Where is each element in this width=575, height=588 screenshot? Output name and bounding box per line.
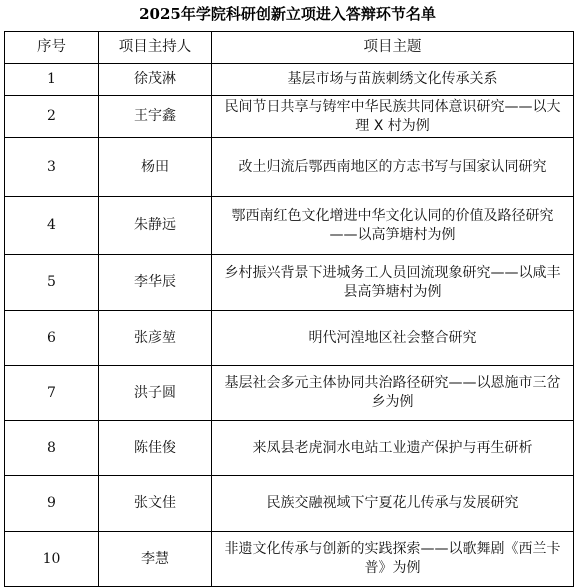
table-header-row: 序号 项目主持人 项目主题 [5, 32, 574, 64]
topic-cell: 非遗文化传承与创新的实践探索——以歌舞剧《西兰卡普》为例 [212, 532, 574, 587]
topic-cell: 基层市场与苗族刺绣文化传承关系 [212, 64, 574, 96]
table-row: 1 徐茂淋 基层市场与苗族刺绣文化传承关系 [5, 64, 574, 96]
header-serial-number: 序号 [5, 32, 99, 64]
table-row: 5 李华辰 乡村振兴背景下进城务工人员回流现象研究——以咸丰县高笋塘村为例 [5, 255, 574, 311]
serial-number-cell: 2 [5, 96, 99, 138]
serial-number-cell: 10 [5, 532, 99, 587]
leader-cell: 陈佳俊 [99, 421, 212, 476]
serial-number-cell: 1 [5, 64, 99, 96]
serial-number-cell: 3 [5, 138, 99, 197]
serial-number-cell: 7 [5, 366, 99, 421]
leader-cell: 徐茂淋 [99, 64, 212, 96]
document-title: 2025年学院科研创新立项进入答辩环节名单 [0, 4, 575, 24]
leader-cell: 洪子圆 [99, 366, 212, 421]
leader-cell: 张彦堃 [99, 311, 212, 366]
header-project-leader: 项目主持人 [99, 32, 212, 64]
topic-cell: 鄂西南红色文化增进中华文化认同的价值及路径研究——以高笋塘村为例 [212, 197, 574, 255]
topic-cell: 民族交融视域下宁夏花儿传承与发展研究 [212, 476, 574, 532]
table-row: 4 朱静远 鄂西南红色文化增进中华文化认同的价值及路径研究——以高笋塘村为例 [5, 197, 574, 255]
table-row: 10 李慧 非遗文化传承与创新的实践探索——以歌舞剧《西兰卡普》为例 [5, 532, 574, 587]
table-body: 1 徐茂淋 基层市场与苗族刺绣文化传承关系 2 王宇鑫 民间节日共享与铸牢中华民… [5, 64, 574, 587]
table-row: 3 杨田 改土归流后鄂西南地区的方志书写与国家认同研究 [5, 138, 574, 197]
topic-cell: 民间节日共享与铸牢中华民族共同体意识研究——以大理 X 村为例 [212, 96, 574, 138]
header-project-topic: 项目主题 [212, 32, 574, 64]
table-row: 2 王宇鑫 民间节日共享与铸牢中华民族共同体意识研究——以大理 X 村为例 [5, 96, 574, 138]
topic-cell: 改土归流后鄂西南地区的方志书写与国家认同研究 [212, 138, 574, 197]
topic-cell: 来凤县老虎洞水电站工业遗产保护与再生研析 [212, 421, 574, 476]
serial-number-cell: 9 [5, 476, 99, 532]
topic-cell: 明代河湟地区社会整合研究 [212, 311, 574, 366]
table-row: 7 洪子圆 基层社会多元主体协同共治路径研究——以恩施市三岔乡为例 [5, 366, 574, 421]
serial-number-cell: 5 [5, 255, 99, 311]
topic-cell: 基层社会多元主体协同共治路径研究——以恩施市三岔乡为例 [212, 366, 574, 421]
serial-number-cell: 4 [5, 197, 99, 255]
table-row: 8 陈佳俊 来凤县老虎洞水电站工业遗产保护与再生研析 [5, 421, 574, 476]
table-row: 6 张彦堃 明代河湟地区社会整合研究 [5, 311, 574, 366]
serial-number-cell: 6 [5, 311, 99, 366]
topic-cell: 乡村振兴背景下进城务工人员回流现象研究——以咸丰县高笋塘村为例 [212, 255, 574, 311]
project-list-table: 序号 项目主持人 项目主题 1 徐茂淋 基层市场与苗族刺绣文化传承关系 2 王宇… [4, 31, 574, 587]
serial-number-cell: 8 [5, 421, 99, 476]
leader-cell: 杨田 [99, 138, 212, 197]
leader-cell: 朱静远 [99, 197, 212, 255]
leader-cell: 李慧 [99, 532, 212, 587]
table-row: 9 张文佳 民族交融视域下宁夏花儿传承与发展研究 [5, 476, 574, 532]
leader-cell: 张文佳 [99, 476, 212, 532]
leader-cell: 李华辰 [99, 255, 212, 311]
leader-cell: 王宇鑫 [99, 96, 212, 138]
